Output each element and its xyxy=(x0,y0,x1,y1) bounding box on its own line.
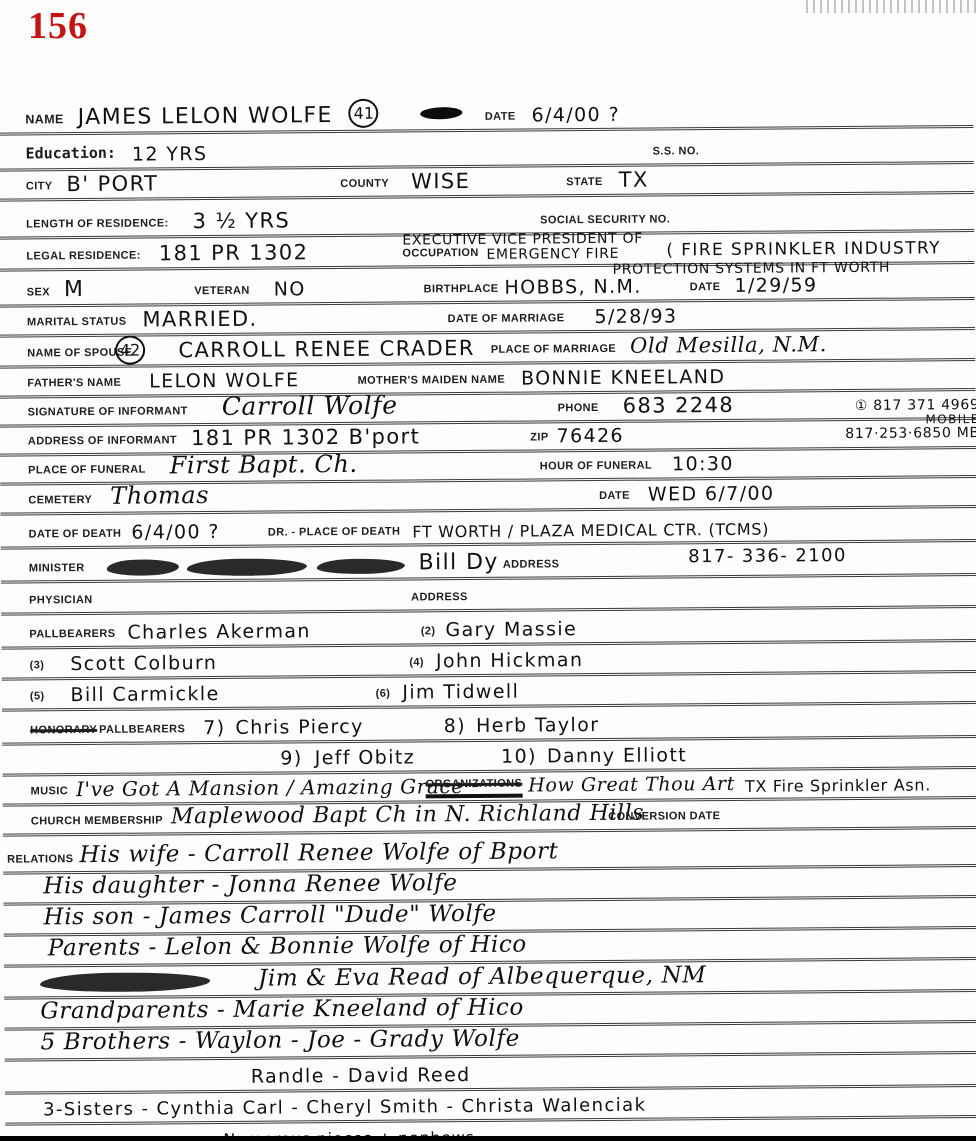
occupation-note-below: PROTECTION SYSTEMS IN FT WORTH xyxy=(612,261,890,278)
father-value: LELON WOLFE xyxy=(149,371,300,392)
honorary-pallbearers-label: PALLBEARERS xyxy=(99,723,185,740)
scribbled-out-text xyxy=(187,558,307,576)
informant-addr-value: 181 PR 1302 B'port xyxy=(191,426,420,450)
relation-grandparents: Grandparents - Marie Kneeland of Hico xyxy=(40,997,524,1026)
relation-parents: Parents - Lelon & Bonnie Wolfe of Hico xyxy=(48,934,527,963)
marital-label: MARITAL STATUS xyxy=(27,316,127,333)
state-value: TX xyxy=(619,170,649,192)
organizations-label-struck: ORGANIZATIONS xyxy=(426,778,523,799)
cemetery-label: CEMETERY xyxy=(28,494,92,511)
sex-value: M xyxy=(64,279,85,302)
marriage-place-label: PLACE OF MARRIAGE xyxy=(491,343,616,360)
form-sheet: NAME JAMES LELON WOLFE 41 DATE 6/4/00 ? … xyxy=(0,0,976,1141)
informant-sig-value: Carroll Wolfe xyxy=(222,393,398,421)
minister-label: MINISTER xyxy=(29,562,85,578)
pallbearer-3: Scott Colburn xyxy=(70,654,217,675)
death-date-label: DATE OF DEATH xyxy=(29,528,122,545)
informant-addr-label: ADDRESS OF INFORMANT xyxy=(28,434,177,451)
death-place-label: DR. - PLACE OF DEATH xyxy=(268,526,401,543)
legal-res-value: 181 PR 1302 xyxy=(159,242,309,265)
scanned-funeral-record: 156 NAME JAMES LELON WOLFE 41 DATE 6/4/0… xyxy=(0,0,976,1141)
informant-sig-label: SIGNATURE OF INFORMANT xyxy=(28,405,188,422)
pallbearer-9: Jeff Obitz xyxy=(315,748,416,769)
county-value: WISE xyxy=(411,171,470,193)
music-value: I've Got A Mansion / Amazing Grace · xyxy=(76,776,478,801)
relation-wife: His wife - Carroll Renee Wolfe of Bport xyxy=(79,840,558,869)
social-security-label: SOCIAL SECURITY NO. xyxy=(540,213,670,230)
veteran-label: VETERAN xyxy=(194,285,249,301)
top-margin xyxy=(0,0,973,100)
pallbearer-10: Danny Elliott xyxy=(547,746,687,767)
pallbearer-5-num: (5) xyxy=(30,690,45,706)
pallbearer-2-num: (2) xyxy=(421,625,436,641)
marriage-date-label: DATE OF MARRIAGE xyxy=(448,312,565,329)
conversion-date-label: CONVERSION DATE xyxy=(608,810,720,827)
funeral-place-label: PLACE OF FUNERAL xyxy=(28,464,146,481)
minister-value: Bill Dy xyxy=(419,552,499,576)
relation-sisters: 3-Sisters - Cynthia Carl - Cheryl Smith … xyxy=(43,1097,646,1121)
marriage-date-value: 5/28/93 xyxy=(594,307,677,328)
phone-mobile-notes: ① 817 371 4969 MOBILE 817·253·6850 MB xyxy=(845,398,976,442)
death-date-value: 6/4/00 ? xyxy=(131,523,220,544)
date-top-label: DATE xyxy=(485,111,516,127)
pallbearer-6: Jim Tidwell xyxy=(402,683,519,704)
relation-brothers-2: Randle - David Reed xyxy=(251,1066,471,1088)
minister-address-label: ADDRESS xyxy=(503,558,560,574)
mother-label: MOTHER'S MAIDEN NAME xyxy=(358,374,506,391)
education-label: Education: xyxy=(26,144,116,167)
honorary-label-struck: HONORARY xyxy=(30,724,97,741)
phone-value: 683 2248 xyxy=(623,395,735,418)
age-circled: 41 xyxy=(349,99,379,128)
pallbearer-7: Chris Piercy xyxy=(235,718,363,739)
pallbearer-7-num: 7) xyxy=(203,719,225,739)
relation-read-grandparents: Jim & Eva Read of Albequerque, NM xyxy=(258,964,707,993)
pallbearer-4-num: (4) xyxy=(409,656,424,672)
relation-son: His son - James Carroll "Dude" Wolfe xyxy=(44,903,497,932)
relation-brothers: 5 Brothers - Waylon - Joe - Grady Wolfe xyxy=(40,1028,519,1057)
zip-value: 76426 xyxy=(556,427,624,448)
city-value: B' PORT xyxy=(66,173,158,196)
death-place-value: FT WORTH / PLAZA MEDICAL CTR. (TCMS) xyxy=(412,522,769,542)
state-label: STATE xyxy=(566,176,603,192)
spouse-age-circled: 42 xyxy=(115,336,145,365)
music-value-2: How Great Thou Art xyxy=(528,775,735,798)
length-res-label: LENGTH OF RESIDENCE: xyxy=(26,217,169,234)
birthplace-label: BIRTHPLACE xyxy=(424,283,499,300)
music-label: MUSIC xyxy=(31,785,69,801)
marital-value: MARRIED. xyxy=(142,309,257,332)
birth-date-value: 1/29/59 xyxy=(734,276,817,297)
county-label: COUNTY xyxy=(340,178,389,194)
pallbearers-label: PALLBEARERS xyxy=(29,628,115,645)
spouse-value: CARROLL RENEE CRADER xyxy=(178,338,475,362)
occupation-note-right: ( FIRE SPRINKLER INDUSTRY xyxy=(666,240,941,260)
organizations-value: TX Fire Sprinkler Asn. xyxy=(745,777,931,795)
city-label: CITY xyxy=(26,180,53,196)
father-label: FATHER'S NAME xyxy=(27,377,121,394)
pallbearer-8-num: 8) xyxy=(444,717,466,737)
funeral-date-label: DATE xyxy=(599,490,630,506)
funeral-date-value: WED 6/7/00 xyxy=(648,485,775,506)
row-legal-residence: LEGAL RESIDENCE: 181 PR 1302 EXECUTIVE V… xyxy=(0,232,974,272)
sex-label: SEX xyxy=(27,286,50,302)
funeral-place-value: First Bapt. Ch. xyxy=(170,452,358,479)
relation-daughter: His daughter - Jonna Renee Wolfe xyxy=(43,872,457,900)
pallbearer-9-num: 9) xyxy=(280,749,302,769)
legal-res-label: LEGAL RESIDENCE: xyxy=(26,250,140,267)
pallbearer-5: Bill Carmickle xyxy=(70,685,219,706)
scribbled-out-text xyxy=(317,559,405,575)
relations-label: RELATIONS xyxy=(7,853,73,870)
name-value: JAMES LELON WOLFE xyxy=(78,105,333,130)
scribbled-out-text xyxy=(40,972,210,992)
scribbled-out-text xyxy=(107,559,179,576)
death-place-phone: 817- 336- 2100 xyxy=(688,547,847,567)
zip-label: ZIP xyxy=(530,431,548,447)
physician-address-label: ADDRESS xyxy=(411,591,468,607)
pallbearer-6-num: (6) xyxy=(376,688,391,704)
occupation-label: OCCUPATION xyxy=(402,247,478,264)
mother-value: BONNIE KNEELAND xyxy=(521,368,725,390)
scan-bottom-edge xyxy=(0,1136,976,1141)
pallbearer-10-num: 10) xyxy=(501,747,537,767)
physician-label: PHYSICIAN xyxy=(29,594,93,610)
education-value: 12 YRS xyxy=(132,145,208,166)
pallbearer-2: Gary Massie xyxy=(445,620,577,641)
length-res-value: 3 ½ YRS xyxy=(193,210,291,233)
page-number: 156 xyxy=(28,4,88,48)
pallbearer-3-num: (3) xyxy=(30,659,45,675)
church-label: CHURCH MEMBERSHIP xyxy=(31,814,163,831)
funeral-hour-label: HOUR OF FUNERAL xyxy=(540,460,652,477)
funeral-hour-value: 10:30 xyxy=(672,455,734,475)
date-top-value: 6/4/00 ? xyxy=(531,106,620,127)
birthplace-value: HOBBS, N.M. xyxy=(504,278,641,299)
pallbearer-4: John Hickman xyxy=(436,651,584,672)
pallbearer-8: Herb Taylor xyxy=(476,716,600,737)
phone-label: PHONE xyxy=(558,402,599,418)
veteran-value: NO xyxy=(274,280,306,300)
pallbearer-1: Charles Akerman xyxy=(127,622,311,643)
birth-date-label: DATE xyxy=(690,281,721,297)
mobile-phone-2: 817·253·6850 MB xyxy=(845,426,976,442)
occupation-value: EMERGENCY FIRE xyxy=(486,247,619,263)
cemetery-value: Thomas xyxy=(110,483,209,510)
name-label: NAME xyxy=(25,112,64,130)
ss-no-label: S.S. NO. xyxy=(653,145,700,161)
church-value: Maplewood Bapt Ch in N. Richland Hills xyxy=(171,803,644,831)
ink-blob xyxy=(419,107,465,119)
marriage-place-value: Old Mesilla, N.M. xyxy=(630,334,827,359)
